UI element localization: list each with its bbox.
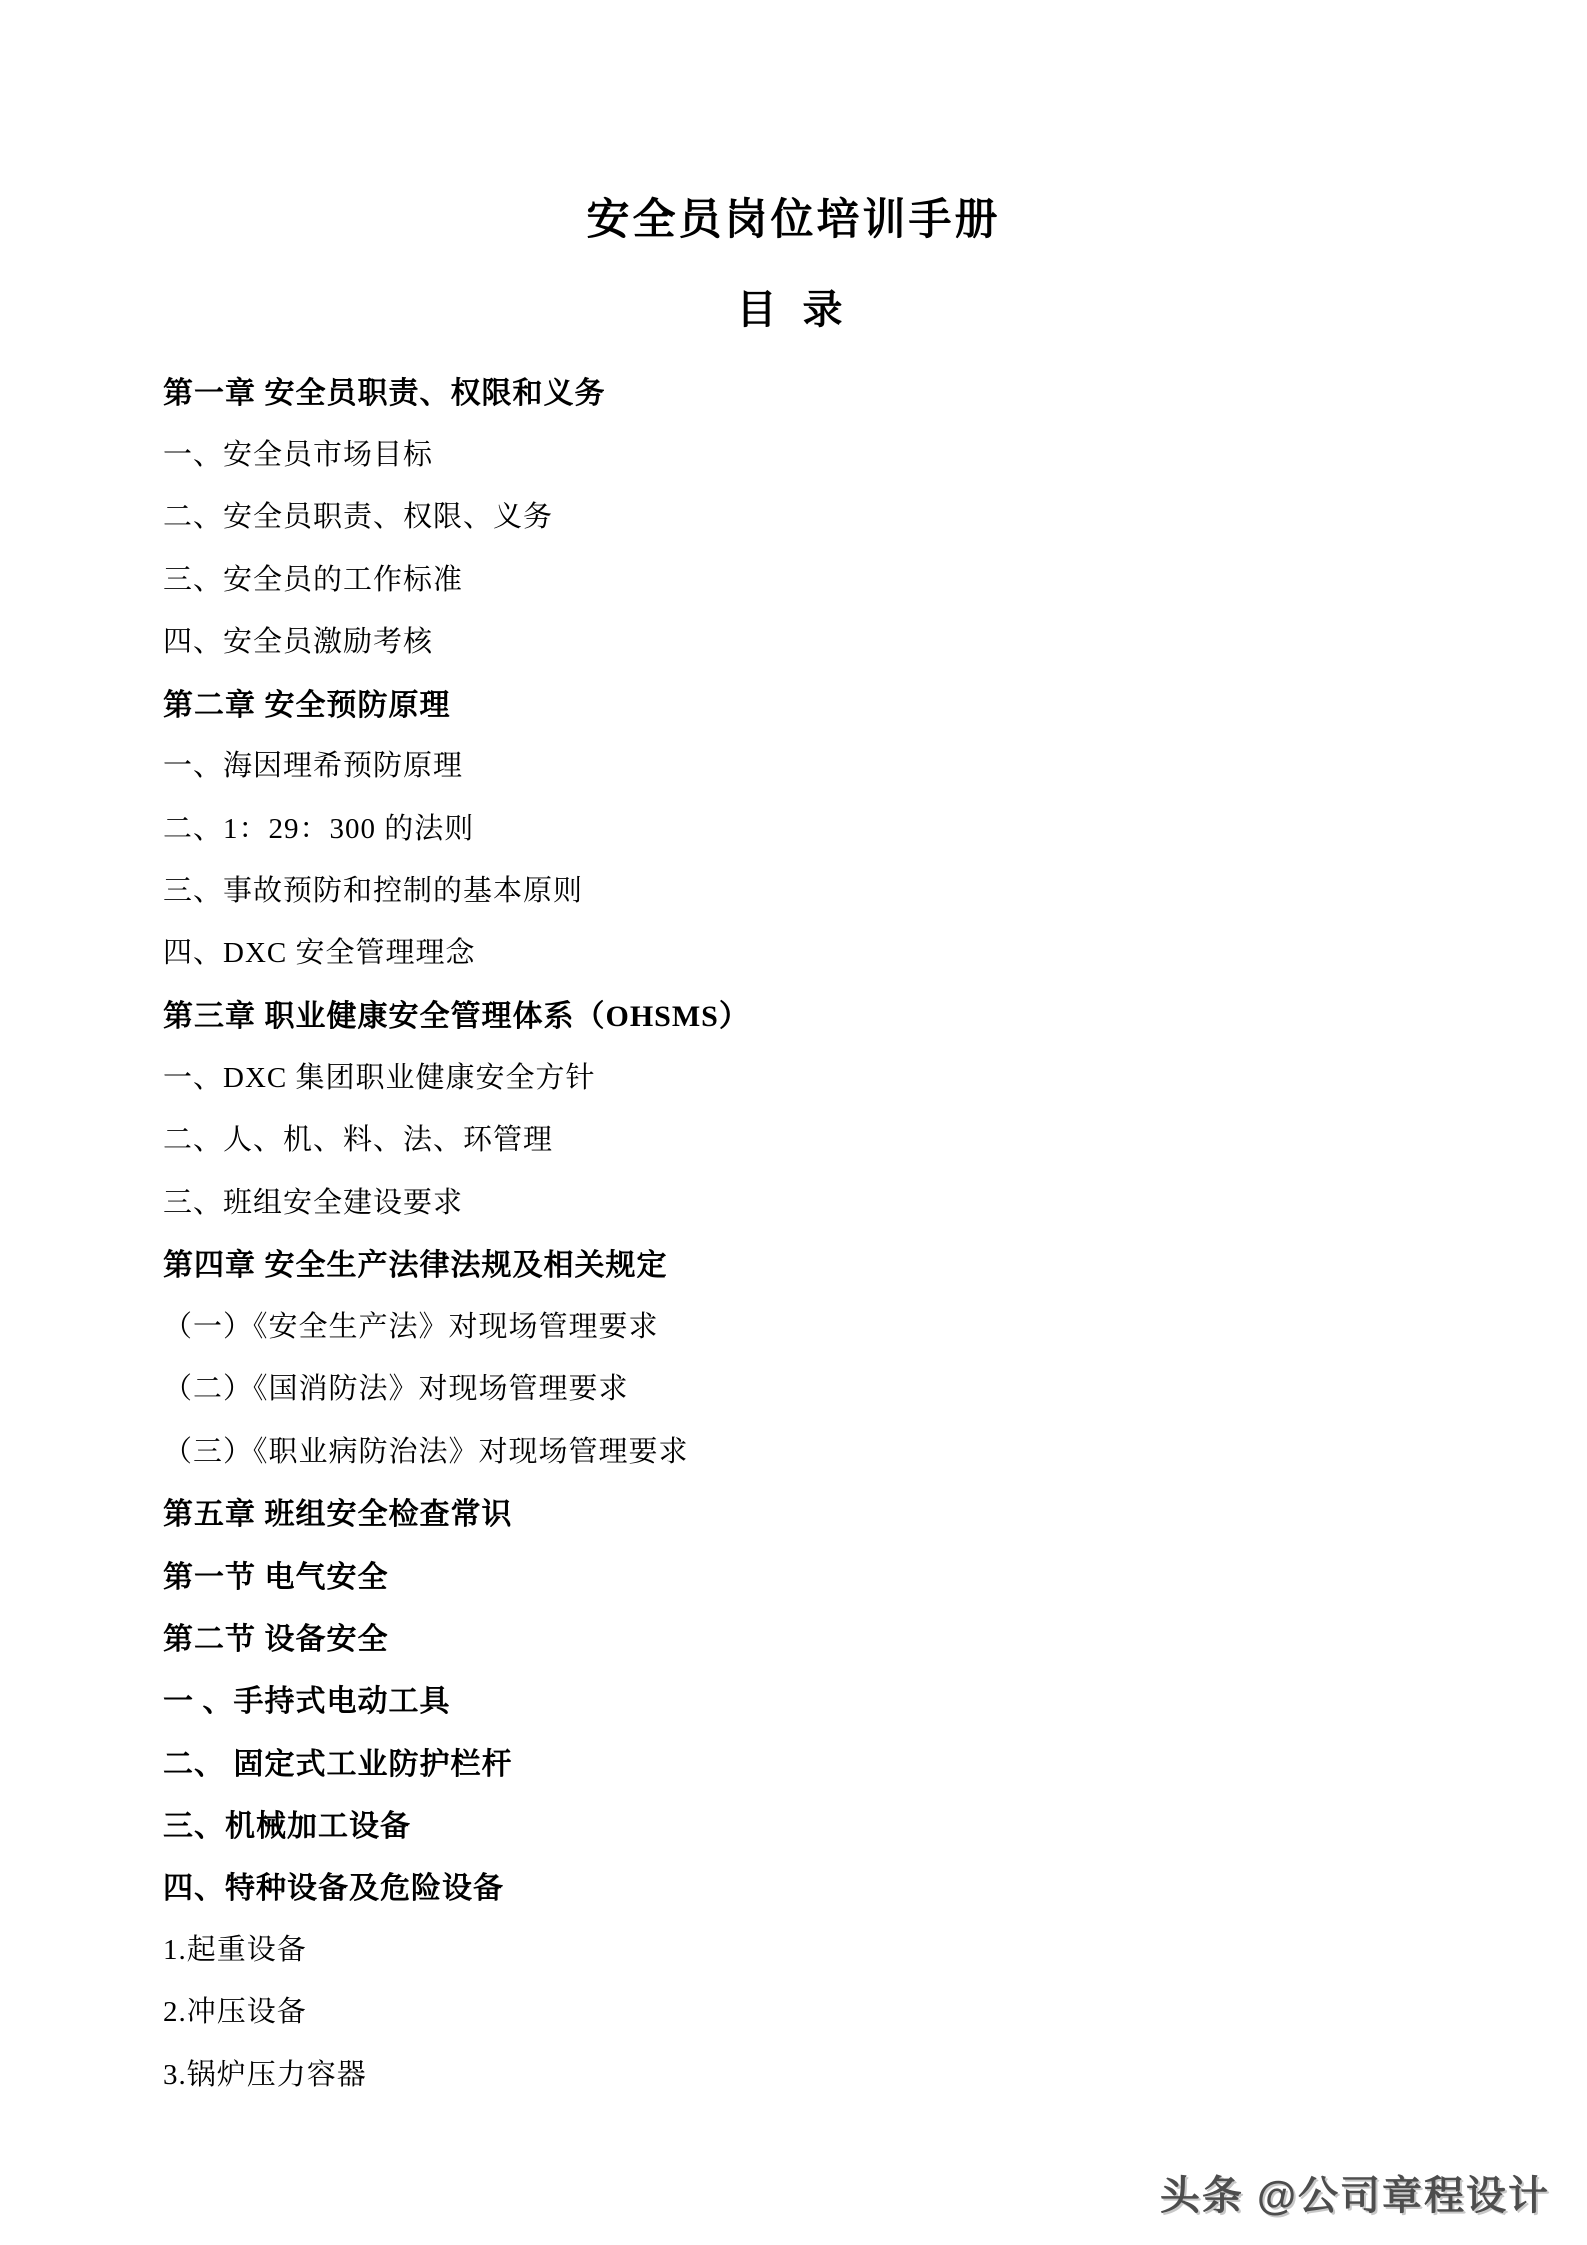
- toc-entry: （二）《国消防法》对现场管理要求: [163, 1356, 1507, 1418]
- toc-entry: 四、特种设备及危险设备: [163, 1854, 1507, 1916]
- toc-entry: 2.冲压设备: [163, 1979, 1507, 2041]
- toc-entry: 第二章 安全预防原理: [163, 670, 1507, 732]
- toc-entry: 一、DXC 集团职业健康安全方针: [163, 1044, 1507, 1106]
- toc-entry: 三、事故预防和控制的基本原则: [163, 857, 1507, 919]
- toc-entry: 第三章 职业健康安全管理体系（OHSMS）: [163, 982, 1507, 1044]
- toc-entry: 二、人、机、料、法、环管理: [163, 1107, 1507, 1169]
- toc-entry: 三、安全员的工作标准: [163, 546, 1507, 608]
- watermark: 头条 @公司章程设计: [1160, 2164, 1550, 2221]
- toc-entry: 第一节 电气安全: [163, 1543, 1507, 1605]
- toc-entry: 一、安全员市场目标: [163, 421, 1507, 483]
- document-title: 安全员岗位培训手册: [0, 197, 1587, 244]
- toc-entry: （一）《安全生产法》对现场管理要求: [163, 1293, 1507, 1355]
- toc-entry: 三、班组安全建设要求: [163, 1169, 1507, 1231]
- toc-list: 第一章 安全员职责、权限和义务一、安全员市场目标二、安全员职责、权限、义务三、安…: [163, 359, 1507, 2103]
- toc-heading: 目 录: [0, 288, 1587, 332]
- toc-entry: 一 、手持式电动工具: [163, 1667, 1507, 1729]
- toc-entry: 四、DXC 安全管理理念: [163, 920, 1507, 982]
- toc-entry: 第二节 设备安全: [163, 1605, 1507, 1667]
- toc-entry: 二、 固定式工业防护栏杆: [163, 1730, 1507, 1792]
- toc-entry: 3.锅炉压力容器: [163, 2041, 1507, 2103]
- toc-entry: 二、1：29：300 的法则: [163, 795, 1507, 857]
- toc-entry: 一、海因理希预防原理: [163, 733, 1507, 795]
- toc-entry: 二、安全员职责、权限、义务: [163, 484, 1507, 546]
- toc-entry: 第四章 安全生产法律法规及相关规定: [163, 1231, 1507, 1293]
- document-page: 安全员岗位培训手册 目 录 第一章 安全员职责、权限和义务一、安全员市场目标二、…: [0, 0, 1587, 2245]
- toc-entry: 四、安全员激励考核: [163, 608, 1507, 670]
- toc-entry: 第一章 安全员职责、权限和义务: [163, 359, 1507, 421]
- toc-entry: （三）《职业病防治法》对现场管理要求: [163, 1418, 1507, 1480]
- toc-entry: 第五章 班组安全检查常识: [163, 1480, 1507, 1542]
- toc-entry: 三、机械加工设备: [163, 1792, 1507, 1854]
- toc-entry: 1.起重设备: [163, 1916, 1507, 1978]
